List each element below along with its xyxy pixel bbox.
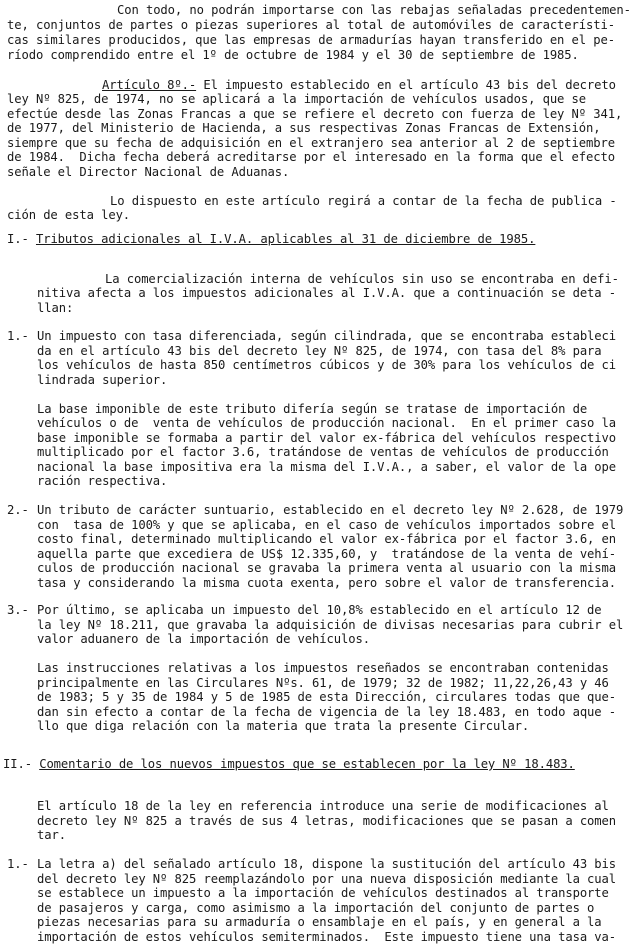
article-text: El impuesto establecido en el artículo 4…: [196, 78, 616, 92]
item-sub-line: nacional la base impositiva era la misma…: [37, 460, 616, 474]
item-line: la ley Nº 18.211, que gravaba la adquisi…: [37, 618, 623, 632]
paragraph-line: ley Nº 825, de 1974, no se aplicará a la…: [7, 92, 586, 106]
section-title: Comentario de los nuevos impuestos que s…: [39, 757, 575, 771]
item-number: 3.-: [7, 603, 29, 617]
item-line: da en el artículo 43 bis del decreto ley…: [37, 344, 602, 358]
item-sub-line: principalmente en las Circulares Nºs. 61…: [37, 676, 609, 690]
paragraph-line: señale el Director Nacional de Aduanas.: [7, 165, 289, 179]
section-number: II.-: [3, 757, 32, 771]
item-sub-line: dan sin efecto a contar de la fecha de v…: [37, 705, 616, 719]
item-number: 1.-: [7, 329, 29, 343]
paragraph-line: nitiva afecta a los impuestos adicionale…: [37, 286, 616, 300]
paragraph-line: ción de esta ley.: [7, 208, 130, 222]
item-line: importación de estos vehículos semitermi…: [37, 930, 616, 944]
paragraph-line: tar.: [37, 828, 66, 842]
section-2-heading: II.- Comentario de los nuevos impuestos …: [3, 757, 575, 771]
item-sub-line: llo que diga relación con la materia que…: [37, 719, 529, 733]
article-8-line: Artículo 8º.- El impuesto establecido en…: [102, 78, 616, 92]
item-line: aquella parte que excediera de US$ 12.33…: [37, 547, 616, 561]
item-line: Un tributo de carácter suntuario, establ…: [37, 503, 623, 517]
item-line: Un impuesto con tasa diferenciada, según…: [37, 329, 616, 343]
item-sub-line: base imponible se formaba a partir del v…: [37, 431, 616, 445]
item-line: se establece un impuesto a la importació…: [37, 886, 609, 900]
paragraph-line: cas similares producidos, que las empres…: [7, 33, 615, 47]
item-line: con tasa de 100% y que se aplicaba, en e…: [37, 518, 616, 532]
item-number: 2.-: [7, 503, 29, 517]
paragraph-line: de 1977, del Ministerio de Hacienda, a s…: [7, 121, 600, 135]
paragraph-line: Con todo, no podrán importarse con las r…: [117, 3, 630, 17]
section-1-heading: I.- Tributos adicionales al I.V.A. aplic…: [7, 232, 535, 246]
paragraph-line: efectúe desde las Zonas Francas a que se…: [7, 107, 622, 121]
item-sub-line: de 1983; 5 y 35 de 1984 y 5 de 1985 de e…: [37, 690, 616, 704]
item-line: La letra a) del señalado artículo 18, di…: [37, 857, 616, 871]
item-number: 1.-: [7, 857, 29, 871]
item-line: lindrada superior.: [37, 373, 167, 387]
item-sub-line: multiplicado por el factor 3.6, tratándo…: [37, 445, 609, 459]
item-line: piezas necesarias para su armaduría o en…: [37, 915, 602, 929]
paragraph-line: ríodo comprendido entre el 1º de octubre…: [7, 48, 579, 62]
item-sub-line: Las instrucciones relativas a los impues…: [37, 661, 609, 675]
paragraph-line: El artículo 18 de la ley en referencia i…: [37, 799, 609, 813]
article-heading: Artículo 8º.-: [102, 78, 196, 92]
item-line: los vehículos de hasta 850 centímetros c…: [37, 358, 616, 372]
paragraph-line: siempre que su fecha de adquisición en e…: [7, 136, 615, 150]
item-sub-line: vehículos o de venta de vehículos de pro…: [37, 416, 616, 430]
item-line: de pasajeros y carga, como asimismo a la…: [37, 901, 594, 915]
item-sub-line: ración respectiva.: [37, 474, 167, 488]
paragraph-line: de 1984. Dicha fecha deberá acreditarse …: [7, 150, 615, 164]
item-line: costo final, determinado multiplicando e…: [37, 532, 616, 546]
paragraph-line: te, conjuntos de partes o piezas superio…: [7, 18, 615, 32]
item-sub-line: La base imponible de este tributo diferí…: [37, 402, 587, 416]
paragraph-line: La comercialización interna de vehículos…: [105, 272, 619, 286]
item-line: del decreto ley Nº 825 reemplazándolo po…: [37, 872, 616, 886]
item-line: culos de producción nacional se gravaba …: [37, 561, 616, 575]
paragraph-line: Lo dispuesto en este artículo regirá a c…: [110, 194, 617, 208]
item-line: tasa y considerando la misma cuota exent…: [37, 576, 616, 590]
paragraph-line: llan:: [37, 301, 73, 315]
item-line: Por último, se aplicaba un impuesto del …: [37, 603, 602, 617]
section-number: I.-: [7, 232, 29, 246]
section-title: Tributos adicionales al I.V.A. aplicable…: [36, 232, 535, 246]
item-line: valor aduanero de la importación de vehí…: [37, 632, 370, 646]
paragraph-line: decreto ley Nº 825 a través de sus 4 let…: [37, 814, 616, 828]
